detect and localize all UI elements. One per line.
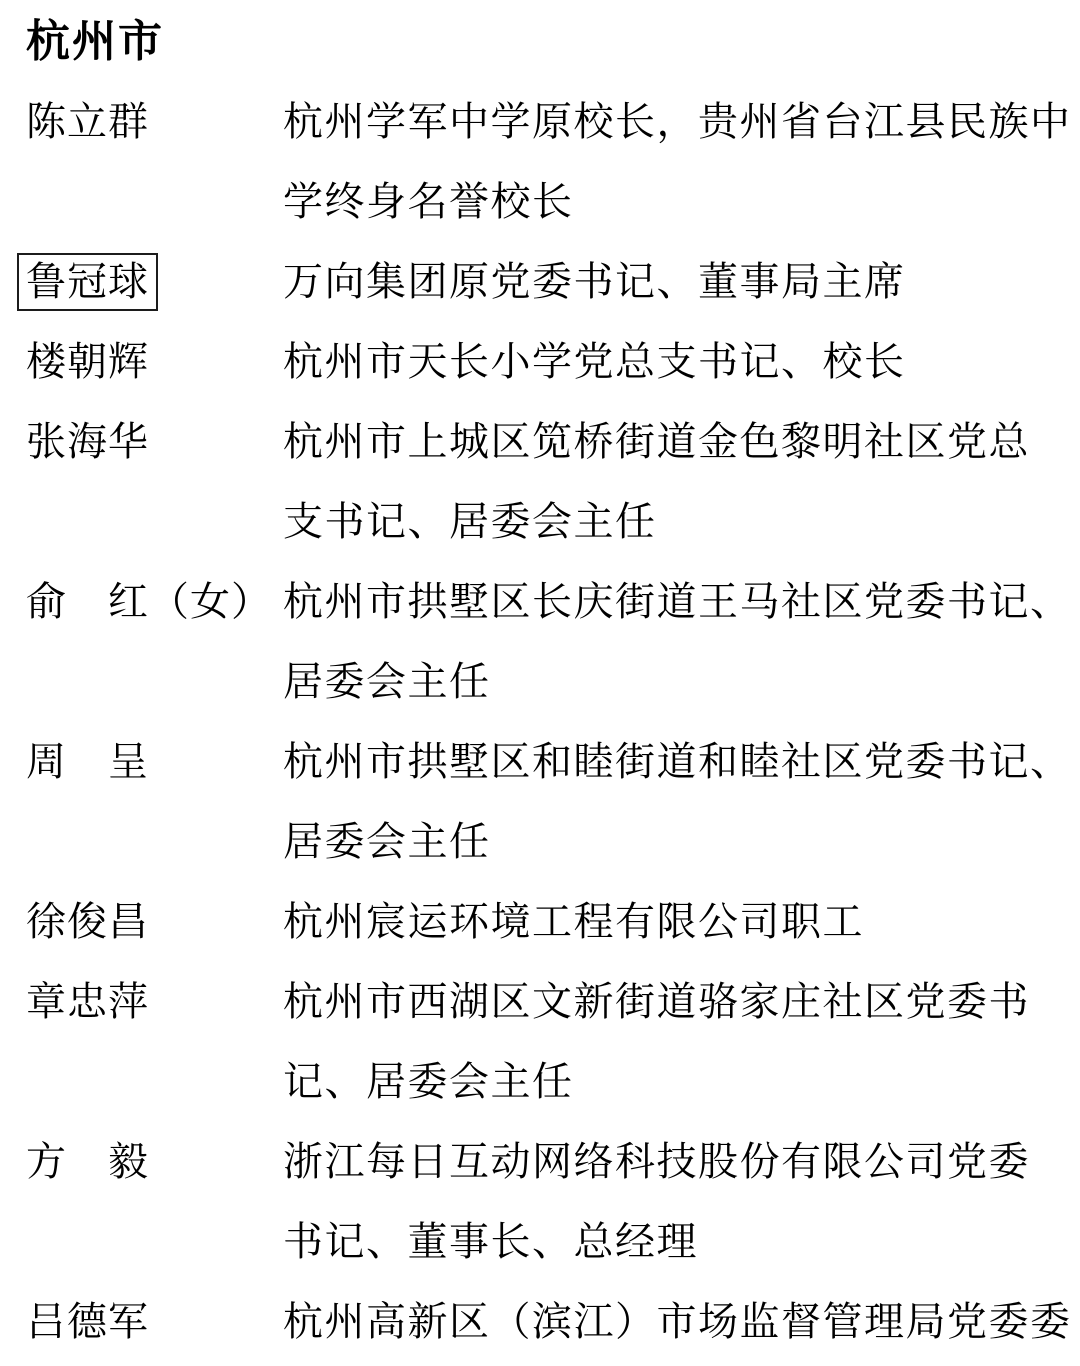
entry-description: 杭州学军中学原校长，贵州省台江县民族中学终身名誉校长	[283, 82, 1072, 242]
entry-name: 俞 红（女）	[26, 562, 283, 642]
entry-row: 张海华 杭州市上城区笕桥街道金色黎明社区党总支书记、居委会主任	[26, 402, 1072, 562]
entry-name-text: 陈立群	[26, 82, 149, 162]
entry-name: 徐俊昌	[26, 882, 283, 962]
entry-row: 鲁冠球 万向集团原党委书记、董事局主席	[26, 242, 1072, 322]
entry-description: 杭州市上城区笕桥街道金色黎明社区党总支书记、居委会主任	[283, 402, 1072, 562]
description-line: 学终身名誉校长	[283, 162, 1072, 242]
entry-row: 徐俊昌 杭州宸运环境工程有限公司职工	[26, 882, 1072, 962]
entry-name-text: 张海华	[26, 402, 149, 482]
entry-name-text: 徐俊昌	[26, 882, 149, 962]
entry-row: 楼朝辉 杭州市天长小学党总支书记、校长	[26, 322, 1072, 402]
description-line: 浙江每日互动网络科技股份有限公司党委	[283, 1122, 1072, 1202]
entry-description: 杭州市西湖区文新街道骆家庄社区党委书记、居委会主任	[283, 962, 1072, 1122]
entry-name: 方 毅	[26, 1122, 283, 1202]
entry-name: 吕德军	[26, 1282, 283, 1362]
description-line: 记、居委会主任	[283, 1042, 1072, 1122]
description-line: 书记、董事长、总经理	[283, 1202, 1072, 1282]
entry-description: 杭州宸运环境工程有限公司职工	[283, 882, 1072, 962]
entry-name-text: 章忠萍	[26, 962, 149, 1042]
description-line: 杭州市西湖区文新街道骆家庄社区党委书	[283, 962, 1072, 1042]
description-line: 居委会主任	[283, 642, 1072, 722]
entry-name: 章忠萍	[26, 962, 283, 1042]
description-line: 支书记、居委会主任	[283, 482, 1072, 562]
entry-row: 俞 红（女） 杭州市拱墅区长庆街道王马社区党委书记、居委会主任	[26, 562, 1072, 722]
description-line: 杭州市拱墅区和睦街道和睦社区党委书记、	[283, 722, 1072, 802]
entry-name: 陈立群	[26, 82, 283, 162]
entry-name: 周 呈	[26, 722, 283, 802]
entry-description: 万向集团原党委书记、董事局主席	[283, 242, 1072, 322]
entry-name-text: 吕德军	[26, 1282, 149, 1362]
description-line: 杭州宸运环境工程有限公司职工	[283, 882, 1072, 962]
description-line: 杭州学军中学原校长，贵州省台江县民族中	[283, 82, 1072, 162]
description-line: 杭州市天长小学党总支书记、校长	[283, 322, 1072, 402]
entry-description: 杭州市拱墅区长庆街道王马社区党委书记、居委会主任	[283, 562, 1072, 722]
entry-description: 浙江每日互动网络科技股份有限公司党委书记、董事长、总经理	[283, 1122, 1072, 1282]
entry-name: 楼朝辉	[26, 322, 283, 402]
entry-name-text: 楼朝辉	[26, 322, 149, 402]
description-line: 杭州高新区（滨江）市场监督管理局党委委	[283, 1282, 1072, 1362]
entry-name-text: 周 呈	[26, 722, 149, 802]
page-title: 杭州市	[26, 2, 1072, 82]
entry-row: 陈立群 杭州学军中学原校长，贵州省台江县民族中学终身名誉校长	[26, 82, 1072, 242]
description-line: 万向集团原党委书记、董事局主席	[283, 242, 1072, 322]
entry-row: 吕德军 杭州高新区（滨江）市场监督管理局党委委	[26, 1282, 1072, 1362]
description-line: 居委会主任	[283, 802, 1072, 882]
description-line: 杭州市拱墅区长庆街道王马社区党委书记、	[283, 562, 1072, 642]
entry-name-text: 俞 红（女）	[26, 562, 272, 642]
entry-row: 章忠萍 杭州市西湖区文新街道骆家庄社区党委书记、居委会主任	[26, 962, 1072, 1122]
document-page: 杭州市 陈立群 杭州学军中学原校长，贵州省台江县民族中学终身名誉校长 鲁冠球 万…	[0, 0, 1080, 1366]
entry-name: 张海华	[26, 402, 283, 482]
entry-name-text: 鲁冠球	[17, 253, 158, 311]
entries-list: 陈立群 杭州学军中学原校长，贵州省台江县民族中学终身名誉校长 鲁冠球 万向集团原…	[26, 82, 1072, 1362]
entry-row: 方 毅 浙江每日互动网络科技股份有限公司党委书记、董事长、总经理	[26, 1122, 1072, 1282]
entry-description: 杭州市天长小学党总支书记、校长	[283, 322, 1072, 402]
description-line: 杭州市上城区笕桥街道金色黎明社区党总	[283, 402, 1072, 482]
entry-description: 杭州高新区（滨江）市场监督管理局党委委	[283, 1282, 1072, 1362]
entry-name: 鲁冠球	[26, 242, 283, 322]
entry-description: 杭州市拱墅区和睦街道和睦社区党委书记、居委会主任	[283, 722, 1072, 882]
entry-row: 周 呈 杭州市拱墅区和睦街道和睦社区党委书记、居委会主任	[26, 722, 1072, 882]
entry-name-text: 方 毅	[26, 1122, 149, 1202]
